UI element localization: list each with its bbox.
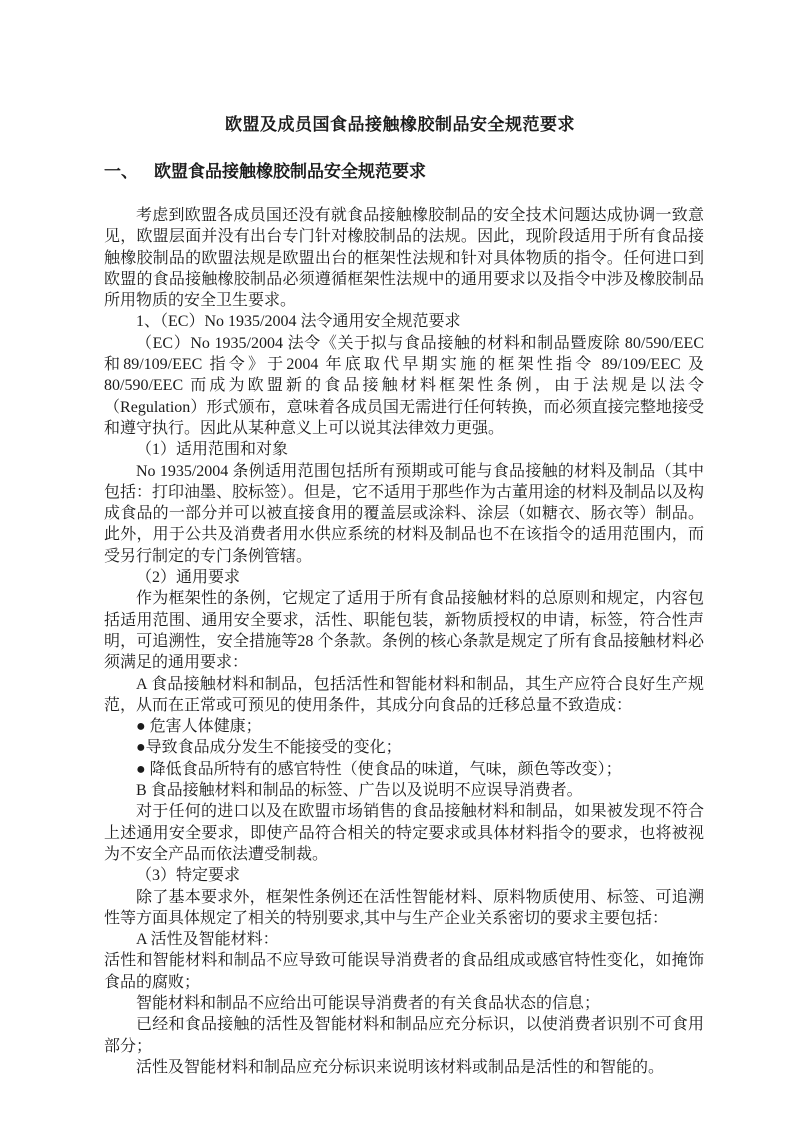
paragraph: 智能材料和制品不应给出可能误导消费者的有关食品状态的信息； [104, 993, 704, 1014]
bullet-item: ● 危害人体健康； [104, 716, 704, 737]
paragraph: 活性和智能材料和制品不应导致可能误导消费者的食品组成或感官特性变化，如掩饰食品的… [104, 950, 704, 993]
paragraph: （1）适用范围和对象 [104, 439, 704, 460]
section-heading: 一、欧盟食品接触橡胶制品安全规范要求 [104, 161, 700, 182]
paragraph: （EC）No 1935/2004 法令《关于拟与食品接触的材料和制品暨废除 80… [104, 333, 704, 439]
document-title: 欧盟及成员国食品接触橡胶制品安全规范要求 [0, 0, 800, 135]
bullet-item: ●导致食品成分发生不能接受的变化； [104, 737, 704, 758]
paragraph: 已经和食品接触的活性及智能材料和制品应充分标识，以使消费者识别不可食用部分； [104, 1014, 704, 1057]
section-heading-label: 欧盟食品接触橡胶制品安全规范要求 [154, 162, 426, 181]
bullet-item: ● 降低食品所特有的感官特性（使食品的味道，气味，颜色等改变）； [104, 759, 704, 780]
document-body: 考虑到欧盟各成员国还没有就食品接触橡胶制品的安全技术问题达成协调一致意见，欧盟层… [104, 205, 704, 1078]
paragraph: （3）特定要求 [104, 865, 704, 886]
paragraph: B 食品接触材料和制品的标签、广告以及说明不应误导消费者。 [104, 780, 704, 801]
section-number: 一、 [104, 161, 154, 182]
paragraph: （2）通用要求 [104, 567, 704, 588]
paragraph: 考虑到欧盟各成员国还没有就食品接触橡胶制品的安全技术问题达成协调一致意见，欧盟层… [104, 205, 704, 311]
paragraph: 活性及智能材料和制品应充分标识来说明该材料或制品是活性的和智能的。 [104, 1057, 704, 1078]
paragraph: 1、（EC）No 1935/2004 法令通用安全规范要求 [104, 311, 704, 332]
paragraph: 除了基本要求外，框架性条例还在活性智能材料、原料物质使用、标签、可追溯性等方面具… [104, 887, 704, 930]
paragraph: A 食品接触材料和制品，包括活性和智能材料和制品，其生产应符合良好生产规范，从而… [104, 674, 704, 717]
paragraph: 对于任何的进口以及在欧盟市场销售的食品接触材料和制品，如果被发现不符合上述通用安… [104, 801, 704, 865]
document-page: 欧盟及成员国食品接触橡胶制品安全规范要求 一、欧盟食品接触橡胶制品安全规范要求 … [0, 0, 800, 1132]
paragraph: 作为框架性的条例，它规定了适用于所有食品接触材料的总原则和规定，内容包括适用范围… [104, 588, 704, 673]
paragraph: A 活性及智能材料： [104, 929, 704, 950]
paragraph: No 1935/2004 条例适用范围包括所有预期或可能与食品接触的材料及制品（… [104, 461, 704, 567]
